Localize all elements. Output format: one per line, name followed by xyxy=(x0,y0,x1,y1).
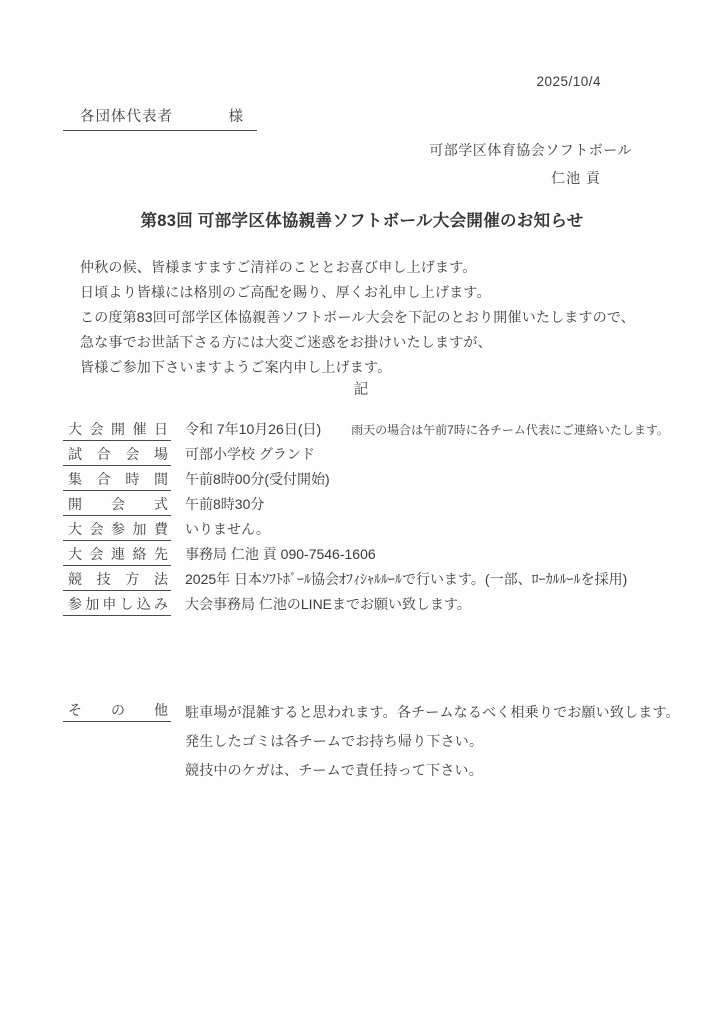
sender-org: 可部学区体育協会ソフトボール xyxy=(0,140,632,160)
detail-note: 雨天の場合は午前7時に各チーム代表にご連絡いたします。 xyxy=(351,423,669,437)
detail-value: いりません。 xyxy=(185,521,270,537)
detail-value: 令和 7年10月26日(日) xyxy=(185,421,321,437)
detail-row: 集合時間午前8時00分(受付開始) xyxy=(63,469,724,491)
detail-row: 大会連絡先事務局 仁池 貢 090-7546-1606 xyxy=(63,544,724,566)
addressee-honorific: 様 xyxy=(229,105,245,126)
greeting-line: 仲秋の候、皆様ますますご清祥のこととお喜び申し上げます。 xyxy=(80,255,724,280)
record-marker: 記 xyxy=(0,378,724,399)
detail-row: 開会式午前8時30分 xyxy=(63,494,724,516)
other-line: 駐車場が混雑すると思われます。各チームなるべく相乗りでお願い致します。 xyxy=(185,702,680,722)
other-section: その他 駐車場が混雑すると思われます。各チームなるべく相乗りでお願い致します。 … xyxy=(63,702,724,789)
other-line: 競技中のケガは、チームで責任持って下さい。 xyxy=(185,760,680,780)
document-title: 第83回 可部学区体協親善ソフトボール大会開催のお知らせ xyxy=(0,207,724,231)
detail-value: 午前8時00分(受付開始) xyxy=(185,471,330,487)
detail-label: 競技方法 xyxy=(63,571,171,591)
detail-value: 大会事務局 仁池のLINEまでお願い致します。 xyxy=(185,596,471,612)
other-label: その他 xyxy=(63,702,171,722)
greeting-line: 日頃より皆様には格別のご高配を賜り、厚くお礼申し上げます。 xyxy=(80,280,724,305)
detail-label: 参加申し込み xyxy=(63,596,171,616)
detail-row: 大会参加費いりません。 xyxy=(63,519,724,541)
detail-row: 競技方法2025年 日本ｿﾌﾄﾎﾞｰﾙ協会ｵﾌｨｼｬﾙﾙｰﾙで行います。(一部、… xyxy=(63,569,724,591)
detail-label: 大会開催日 xyxy=(63,421,171,441)
document-page: 2025/10/4 各団体代表者 様 可部学区体育協会ソフトボール 仁池 貢 第… xyxy=(0,0,724,1024)
detail-label: 試合会場 xyxy=(63,446,171,466)
detail-label: 大会参加費 xyxy=(63,521,171,541)
detail-row: 試合会場可部小学校 グランド xyxy=(63,444,724,466)
greeting-line: 皆様ご参加下さいますようご案内申し上げます。 xyxy=(80,355,724,380)
greeting-paragraph: 仲秋の候、皆様ますますご清祥のこととお喜び申し上げます。 日頃より皆様には格別の… xyxy=(80,255,724,380)
detail-label: 開会式 xyxy=(63,496,171,516)
greeting-line: この度第83回可部学区体協親善ソフトボール大会を下記のとおり開催いたしますので、 xyxy=(80,305,724,330)
detail-value: 2025年 日本ｿﾌﾄﾎﾞｰﾙ協会ｵﾌｨｼｬﾙﾙｰﾙで行います。(一部、ﾛｰｶﾙ… xyxy=(185,571,627,587)
detail-row: 参加申し込み大会事務局 仁池のLINEまでお願い致します。 xyxy=(63,594,724,616)
greeting-line: 急な事でお世話下さる方には大変ご迷惑をお掛けいたしますが、 xyxy=(80,330,724,355)
other-lines: 駐車場が混雑すると思われます。各チームなるべく相乗りでお願い致します。 発生した… xyxy=(185,702,680,789)
addressee-name: 各団体代表者 xyxy=(80,105,173,126)
document-date: 2025/10/4 xyxy=(0,0,601,89)
detail-value: 午前8時30分 xyxy=(185,496,264,512)
details-list: 大会開催日令和 7年10月26日(日)雨天の場合は午前7時に各チーム代表にご連絡… xyxy=(0,419,724,616)
sender-name: 仁池 貢 xyxy=(0,168,601,188)
detail-label: 大会連絡先 xyxy=(63,546,171,566)
detail-label: 集合時間 xyxy=(63,471,171,491)
detail-value: 事務局 仁池 貢 090-7546-1606 xyxy=(185,546,376,562)
addressee-line: 各団体代表者 様 xyxy=(63,105,257,131)
detail-row: 大会開催日令和 7年10月26日(日)雨天の場合は午前7時に各チーム代表にご連絡… xyxy=(63,419,724,441)
other-line: 発生したゴミは各チームでお持ち帰り下さい。 xyxy=(185,731,680,751)
detail-value: 可部小学校 グランド xyxy=(185,446,315,462)
